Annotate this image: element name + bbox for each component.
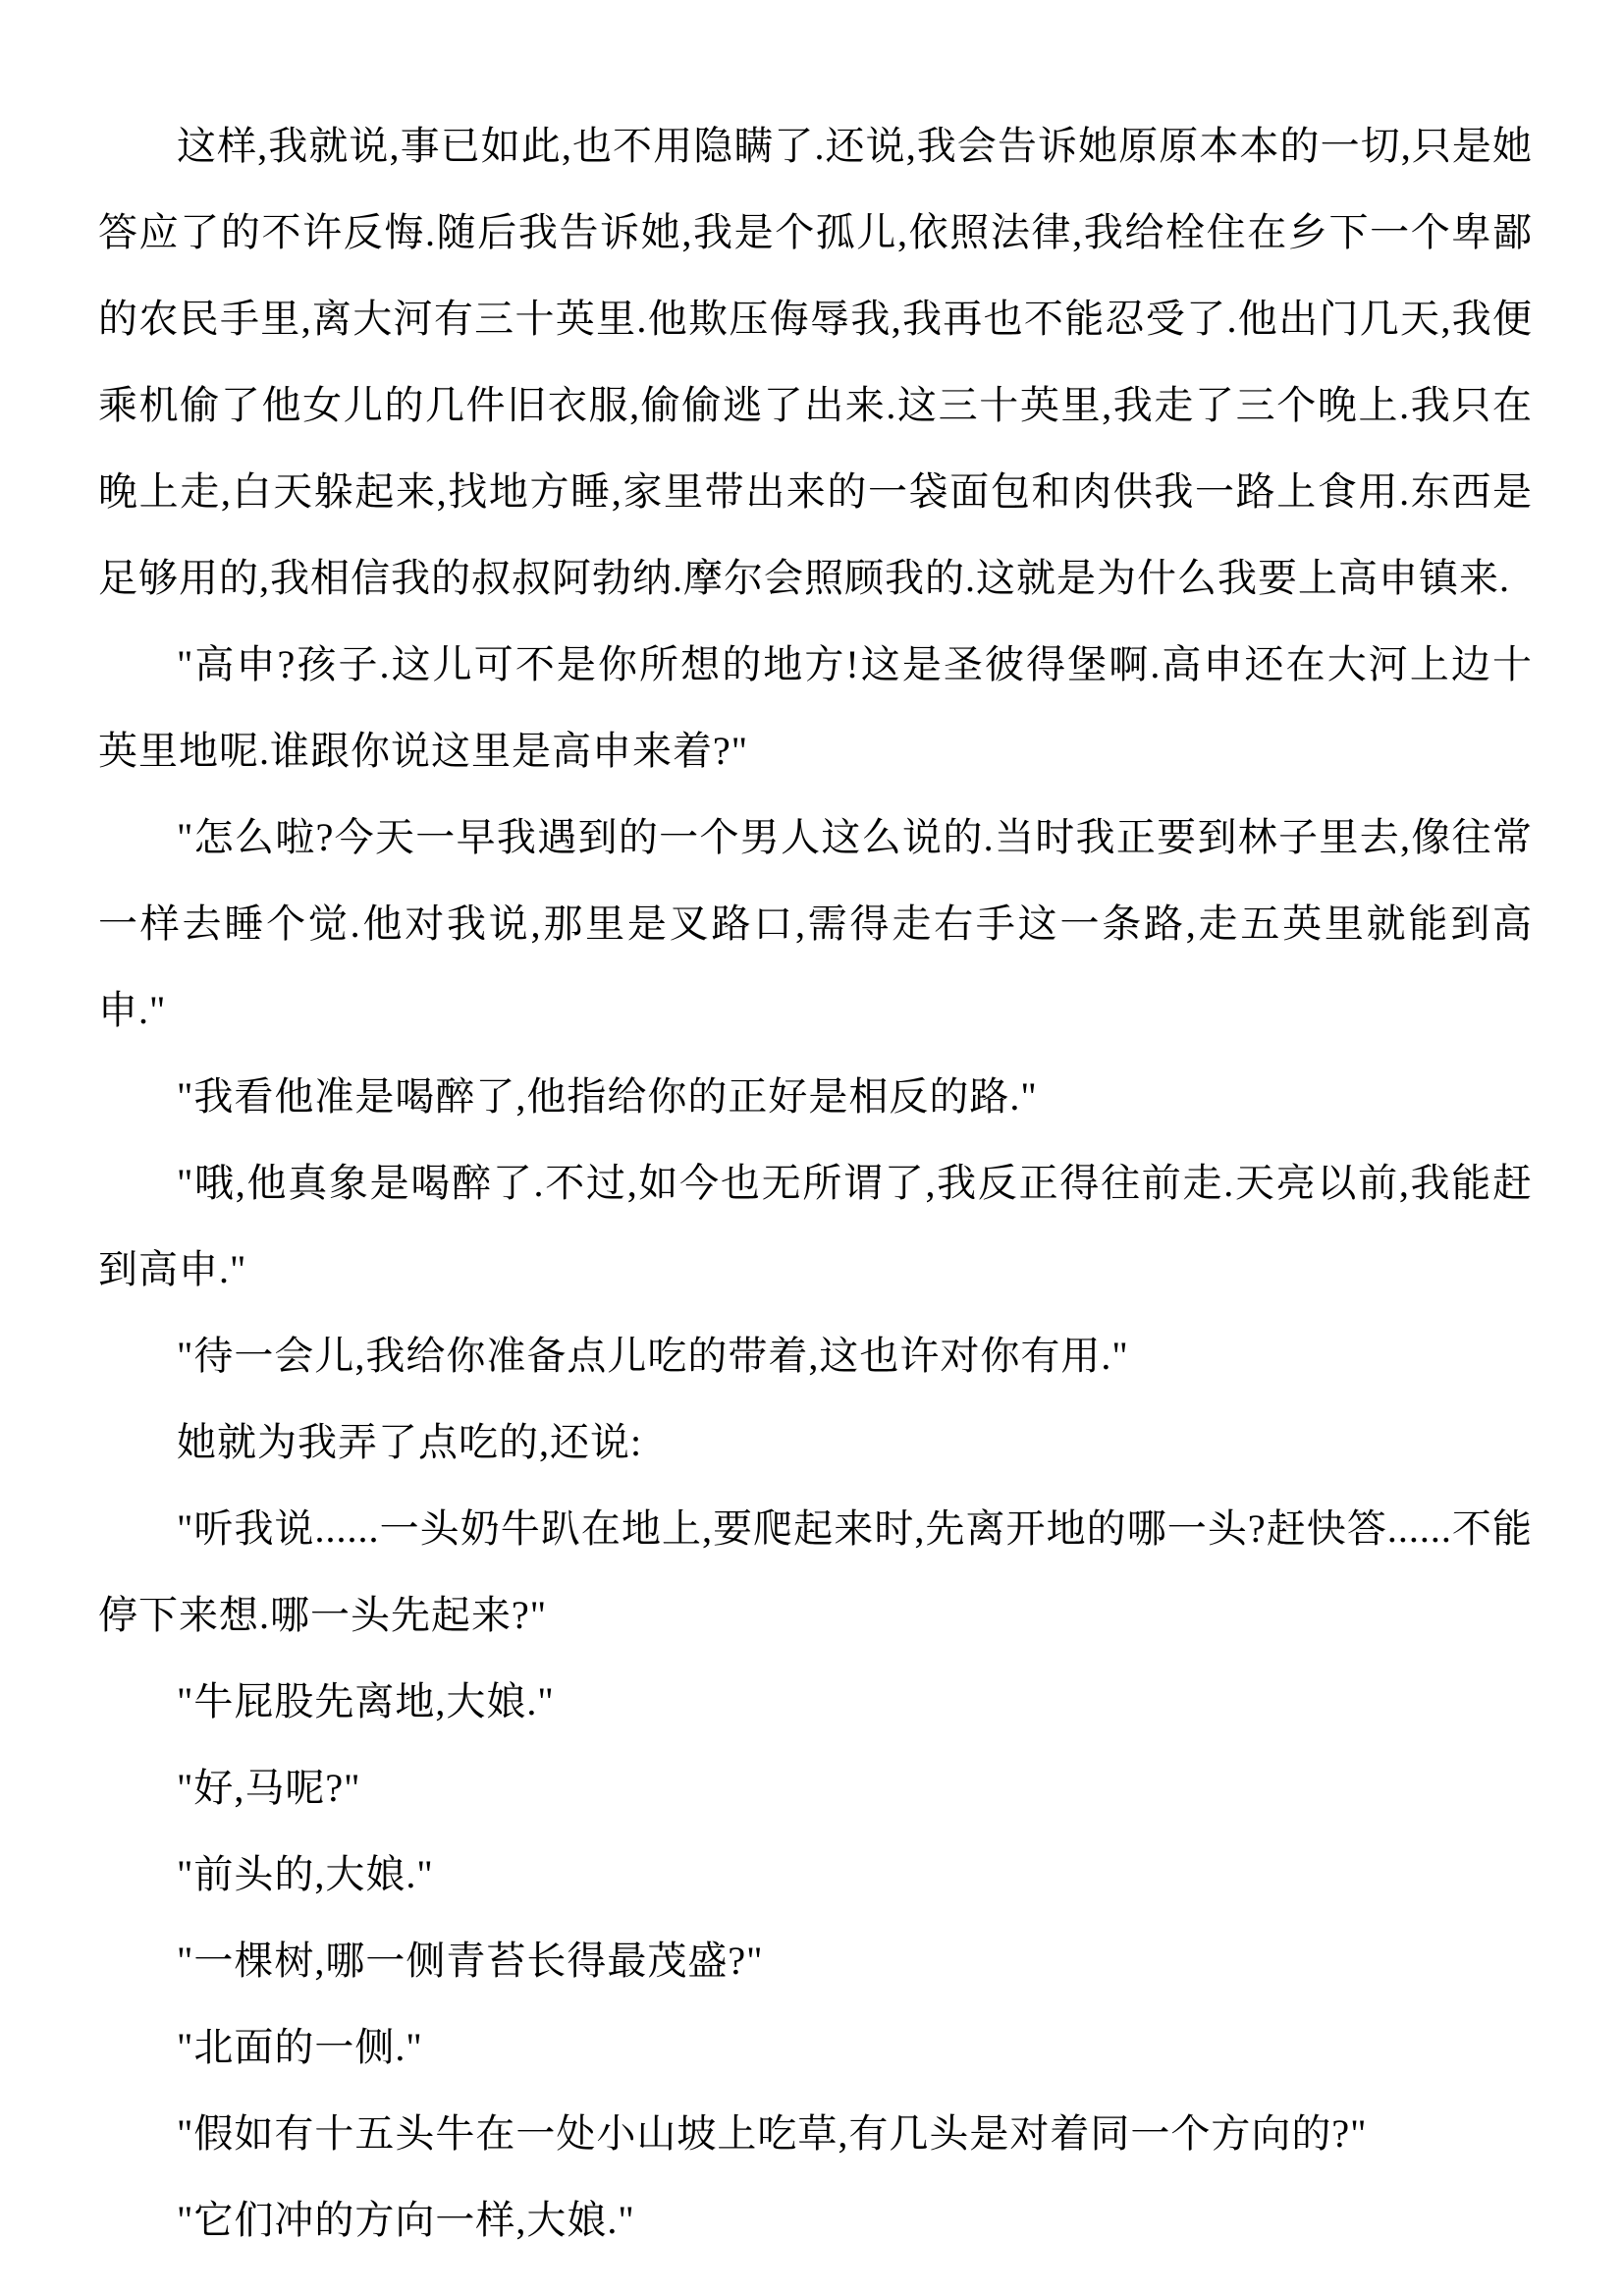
paragraph: "我看他准是喝醉了,他指给你的正好是相反的路." xyxy=(98,1054,1533,1140)
paragraph: "待一会儿,我给你准备点儿吃的带着,这也许对你有用." xyxy=(98,1313,1533,1399)
paragraph: "听我说......一头奶牛趴在地上,要爬起来时,先离开地的哪一头?赶快答...… xyxy=(98,1486,1533,1659)
paragraph: "好,马呢?" xyxy=(98,1745,1533,1831)
paragraph: "怎么啦?今天一早我遇到的一个男人这么说的.当时我正要到林子里去,像往常一样去睡… xyxy=(98,794,1533,1054)
paragraph: "哦,他真象是喝醉了.不过,如今也无所谓了,我反正得往前走.天亮以前,我能赶到高… xyxy=(98,1140,1533,1313)
paragraph: "前头的,大娘." xyxy=(98,1831,1533,1918)
paragraph: "北面的一侧." xyxy=(98,2004,1533,2091)
paragraph: 她就为我弄了点吃的,还说: xyxy=(98,1399,1533,1486)
document-page: 这样,我就说,事已如此,也不用隐瞒了.还说,我会告诉她原原本本的一切,只是她答应… xyxy=(0,0,1623,2296)
paragraph: "牛屁股先离地,大娘." xyxy=(98,1659,1533,1745)
paragraph: "假如有十五头牛在一处小山坡上吃草,有几头是对着同一个方向的?" xyxy=(98,2091,1533,2177)
paragraph: "它们冲的方向一样,大娘." xyxy=(98,2177,1533,2264)
paragraph: "高申?孩子.这儿可不是你所想的地方!这是圣彼得堡啊.高申还在大河上边十英里地呢… xyxy=(98,622,1533,794)
paragraph: "一棵树,哪一侧青苔长得最茂盛?" xyxy=(98,1918,1533,2004)
paragraph: 这样,我就说,事已如此,也不用隐瞒了.还说,我会告诉她原原本本的一切,只是她答应… xyxy=(98,103,1533,622)
